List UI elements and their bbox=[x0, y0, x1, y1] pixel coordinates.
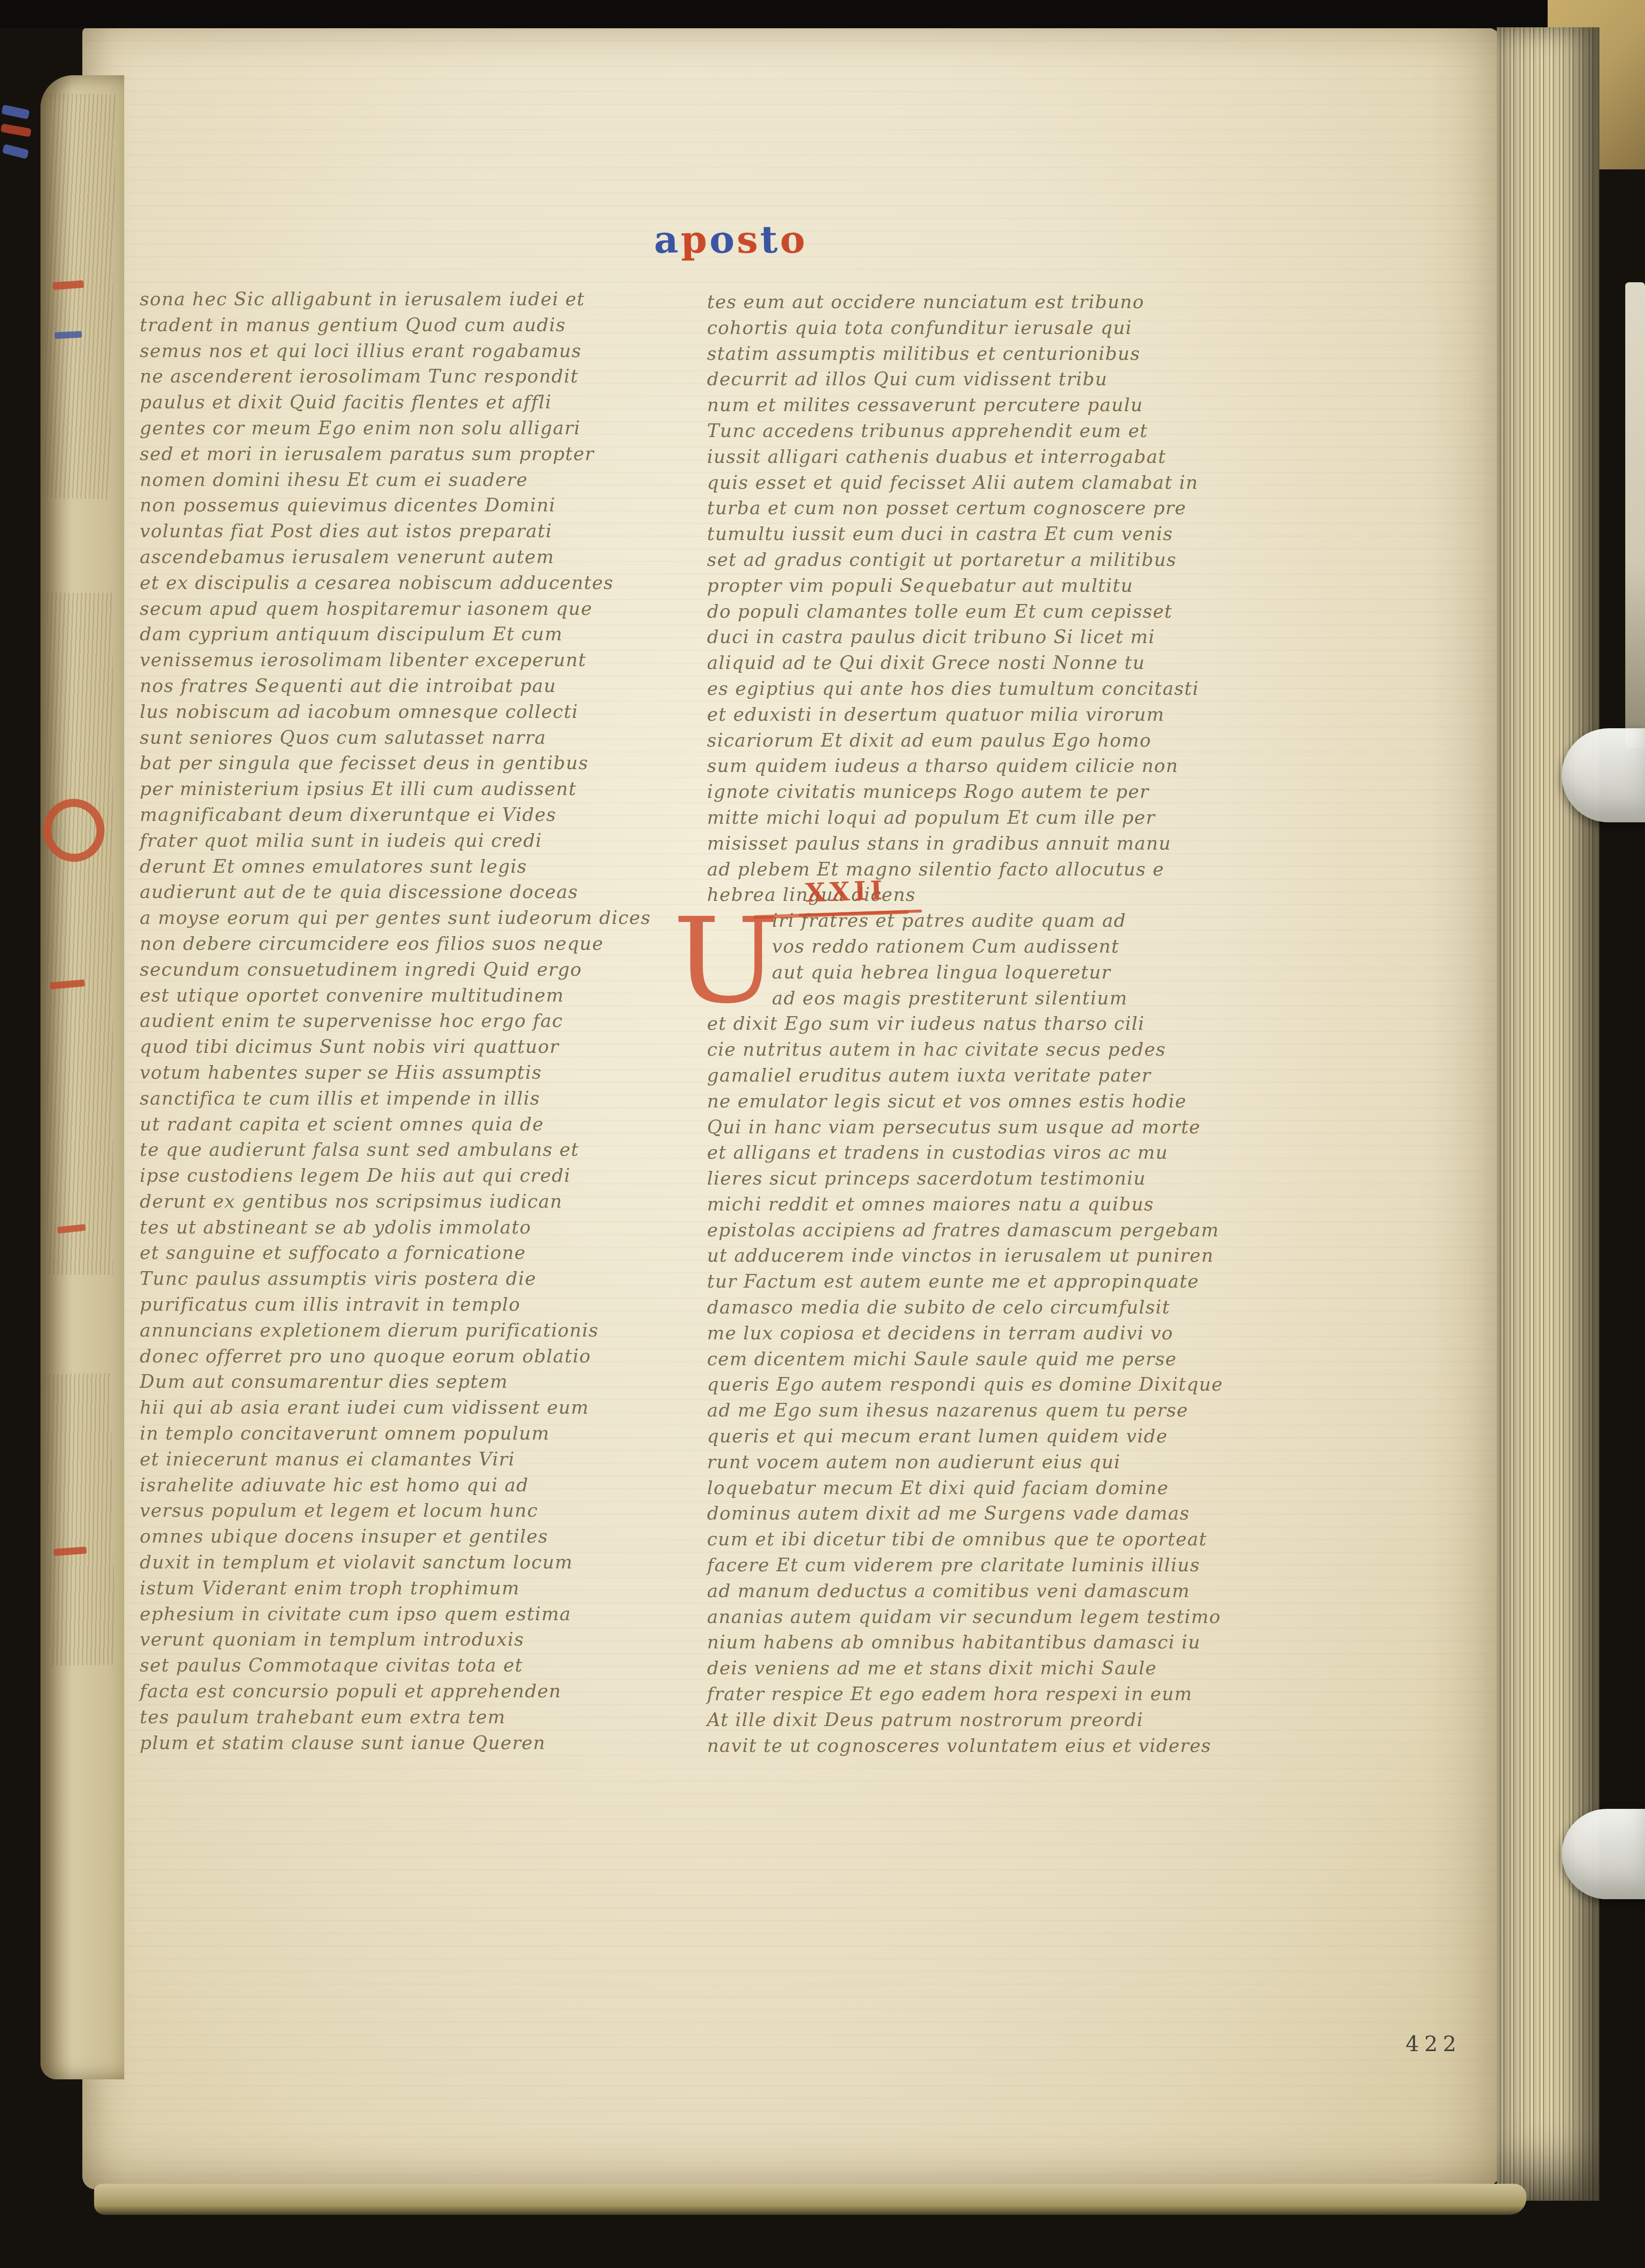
text-line: purificatus cum illis intravit in templo bbox=[140, 1292, 671, 1318]
text-line: Dum aut consumarentur dies septem bbox=[140, 1369, 671, 1395]
text-line: cohortis quia tota confunditur ierusale … bbox=[707, 316, 1241, 342]
text-line: te que audierunt falsa sunt sed ambulans… bbox=[140, 1138, 671, 1163]
text-line: ne ascenderent ierosolimam Tunc respondi… bbox=[140, 364, 671, 390]
text-line: set ad gradus contigit ut portaretur a m… bbox=[707, 548, 1241, 573]
text-line: aut quia hebrea lingua loqueretur bbox=[772, 960, 1241, 986]
text-line: venissemus ierosolimam libenter exceperu… bbox=[140, 648, 671, 674]
text-line: quod tibi dicimus Sunt nobis viri quattu… bbox=[140, 1035, 671, 1060]
text-line: loquebatur mecum Et dixi quid faciam dom… bbox=[707, 1476, 1241, 1502]
text-line: ut adducerem inde vinctos in ierusalem u… bbox=[707, 1243, 1241, 1269]
text-column-left: sona hec Sic alligabunt in ierusalem iud… bbox=[140, 287, 671, 1756]
text-line: sicariorum Et dixit ad eum paulus Ego ho… bbox=[707, 728, 1241, 754]
text-line: et dixit Ego sum vir iudeus natus tharso… bbox=[707, 1011, 1241, 1037]
text-line: hii qui ab asia erant iudei cum vidissen… bbox=[140, 1395, 671, 1421]
running-title-letter: p bbox=[680, 217, 710, 262]
text-line: bat per singula que fecisset deus in gen… bbox=[140, 751, 671, 777]
text-line: versus populum et legem et locum hunc bbox=[140, 1498, 671, 1524]
running-title-letter: t bbox=[760, 217, 780, 262]
text-line: es egiptius qui ante hos dies tumultum c… bbox=[707, 676, 1241, 702]
text-line: semus nos et qui loci illius erant rogab… bbox=[140, 339, 671, 365]
text-line: ut radant capita et scient omnes quia de bbox=[140, 1112, 671, 1138]
running-title-letter: o bbox=[779, 217, 808, 262]
edge-script-marks bbox=[45, 1373, 116, 1666]
text-line: plum et statim clause sunt ianue Queren bbox=[140, 1731, 671, 1757]
corner-pen-mark bbox=[0, 124, 32, 137]
text-line: navit te ut cognosceres voluntatem eius … bbox=[707, 1734, 1241, 1759]
text-line: non possemus quievimus dicentes Domini bbox=[140, 493, 671, 519]
text-line: voluntas fiat Post dies aut istos prepar… bbox=[140, 519, 671, 545]
text-line: facere Et cum viderem pre claritate lumi… bbox=[707, 1553, 1241, 1579]
text-line: sona hec Sic alligabunt in ierusalem iud… bbox=[140, 287, 671, 313]
text-line: et sanguine et suffocato a fornicatione bbox=[140, 1241, 671, 1266]
text-line: derunt Et omnes emulatores sunt legis bbox=[140, 854, 671, 880]
page-bottom-edge bbox=[94, 2184, 1526, 2215]
text-line: tradent in manus gentium Quod cum audis bbox=[140, 313, 671, 339]
text-line: per ministerium ipsius Et illi cum audis… bbox=[140, 777, 671, 803]
text-line: lus nobiscum ad iacobum omnesque collect… bbox=[140, 700, 671, 725]
text-line: verunt quoniam in templum introduxis bbox=[140, 1627, 671, 1653]
running-title-letter: s bbox=[736, 217, 761, 262]
chapter-initial: U bbox=[673, 902, 779, 1020]
text-line: israhelite adiuvate hic est homo qui ad bbox=[140, 1473, 671, 1499]
text-line: est utique oportet convenire multitudine… bbox=[140, 983, 671, 1009]
text-line: Tunc accedens tribunus apprehendit eum e… bbox=[707, 419, 1241, 445]
text-line: statim assumptis militibus et centurioni… bbox=[707, 342, 1241, 367]
text-line: sunt seniores Quos cum salutasset narra bbox=[140, 725, 671, 751]
text-line: annuncians expletionem dierum purificati… bbox=[140, 1318, 671, 1344]
text-line: et eduxisti in desertum quatuor milia vi… bbox=[707, 702, 1241, 728]
text-line: damasco media die subito de celo circumf… bbox=[707, 1295, 1241, 1321]
text-line: magnificabant deum dixeruntque ei Vides bbox=[140, 803, 671, 828]
text-line: a moyse eorum qui per gentes sunt iudeor… bbox=[140, 906, 671, 931]
text-line: facta est concursio populi et apprehende… bbox=[140, 1679, 671, 1705]
text-line: Tunc paulus assumptis viris postera die bbox=[140, 1266, 671, 1292]
text-line: derunt ex gentibus nos scripsimus iudica… bbox=[140, 1189, 671, 1215]
text-line: cem dicentem michi Saule saule quid me p… bbox=[707, 1347, 1241, 1373]
text-line: ad plebem Et magno silentio facto allocu… bbox=[707, 857, 1241, 883]
running-title: aposto bbox=[654, 217, 808, 262]
text-line: lieres sicut princeps sacerdotum testimo… bbox=[707, 1166, 1241, 1192]
text-line: turba et cum non posset certum cognoscer… bbox=[707, 496, 1241, 522]
text-line: hebrea lingua dicens bbox=[707, 883, 1241, 908]
text-line: sum quidem iudeus a tharso quidem cilici… bbox=[707, 754, 1241, 780]
text-line: At ille dixit Deus patrum nostrorum preo… bbox=[707, 1708, 1241, 1734]
text-line: ad me Ego sum ihesus nazarenus quem tu p… bbox=[707, 1398, 1241, 1424]
text-line: duci in castra paulus dicit tribuno Si l… bbox=[707, 625, 1241, 651]
text-column-right: tes eum aut occidere nunciatum est tribu… bbox=[707, 290, 1241, 1759]
text-line: secundum consuetudinem ingredi Quid ergo bbox=[140, 957, 671, 983]
text-line: et iniecerunt manus ei clamantes Viri bbox=[140, 1447, 671, 1473]
text-line: gamaliel eruditus autem iuxta veritate p… bbox=[707, 1063, 1241, 1089]
text-line: ascendebamus ierusalem venerunt autem bbox=[140, 545, 671, 571]
text-line: ad manum deductus a comitibus veni damas… bbox=[707, 1579, 1241, 1605]
text-line: aliquid ad te Qui dixit Grece nosti Nonn… bbox=[707, 651, 1241, 676]
text-line: frater respice Et ego eadem hora respexi… bbox=[707, 1682, 1241, 1708]
text-line: propter vim populi Sequebatur aut multit… bbox=[707, 573, 1241, 599]
text-line: et alligans et tradens in custodias viro… bbox=[707, 1140, 1241, 1166]
text-line: ipse custodiens legem De hiis aut qui cr… bbox=[140, 1163, 671, 1189]
text-line: dominus autem dixit ad me Surgens vade d… bbox=[707, 1501, 1241, 1527]
text-line: cum et ibi dicetur tibi de omnibus que t… bbox=[707, 1527, 1241, 1553]
text-line: audient enim te supervenisse hoc ergo fa… bbox=[140, 1009, 671, 1035]
text-line: queris et qui mecum erant lumen quidem v… bbox=[707, 1424, 1241, 1450]
text-line: quis esset et quid fecisset Alii autem c… bbox=[707, 470, 1241, 496]
text-line: me lux copiosa et decidens in terram aud… bbox=[707, 1321, 1241, 1347]
text-line: ephesium in civitate cum ipso quem estim… bbox=[140, 1602, 671, 1628]
text-line: do populi clamantes tolle eum Et cum cep… bbox=[707, 599, 1241, 625]
text-line: dam cyprium antiquum discipulum Et cum bbox=[140, 622, 671, 648]
text-line: non debere circumcidere eos filios suos … bbox=[140, 931, 671, 957]
text-line: mitte michi loqui ad populum Et cum ille… bbox=[707, 805, 1241, 831]
manuscript-photo: aposto sona hec Sic alligabunt in ierusa… bbox=[0, 0, 1645, 2268]
folio-number: 422 bbox=[1406, 2031, 1462, 2056]
text-line: nium habens ab omnibus habitantibus dama… bbox=[707, 1630, 1241, 1656]
binding-board-top bbox=[0, 0, 1557, 28]
text-line: cie nutritus autem in hac civitate secus… bbox=[707, 1037, 1241, 1063]
previous-folio-edge bbox=[40, 75, 124, 2079]
text-line: audierunt aut de te quia discessione doc… bbox=[140, 880, 671, 906]
text-line: et ex discipulis a cesarea nobiscum addu… bbox=[140, 571, 671, 597]
running-title-letter: a bbox=[653, 217, 681, 262]
text-line: decurrit ad illos Qui cum vidissent trib… bbox=[707, 367, 1241, 393]
page-clip-bottom bbox=[1562, 1809, 1645, 1899]
text-line: sed et mori in ierusalem paratus sum pro… bbox=[140, 442, 671, 468]
text-line: tumultu iussit eum duci in castra Et cum… bbox=[707, 522, 1241, 548]
text-line: Qui in hanc viam persecutus sum usque ad… bbox=[707, 1115, 1241, 1141]
text-line: gentes cor meum Ego enim non solu alliga… bbox=[140, 416, 671, 442]
text-line: epistolas accipiens ad fratres damascum … bbox=[707, 1218, 1241, 1244]
text-line: tur Factum est autem eunte me et appropi… bbox=[707, 1269, 1241, 1295]
text-line: tes eum aut occidere nunciatum est tribu… bbox=[707, 290, 1241, 316]
running-title-letter: o bbox=[709, 217, 737, 262]
text-line: nos fratres Sequenti aut die introibat p… bbox=[140, 674, 671, 700]
text-line: nomen domini ihesu Et cum ei suadere bbox=[140, 468, 671, 493]
text-line: duxit in templum et violavit sanctum loc… bbox=[140, 1550, 671, 1576]
text-line: ignote civitatis municeps Rogo autem te … bbox=[707, 780, 1241, 805]
text-line: tes ut abstineant se ab ydolis immolato bbox=[140, 1215, 671, 1241]
edge-script-marks bbox=[44, 94, 117, 499]
text-line: iussit alligari cathenis duabus et inter… bbox=[707, 445, 1241, 470]
text-line: tes paulum trahebant eum extra tem bbox=[140, 1705, 671, 1731]
text-line: vos reddo rationem Cum audissent bbox=[772, 934, 1241, 960]
text-line: runt vocem autem non audierunt eius qui bbox=[707, 1450, 1241, 1476]
text-line: set paulus Commotaque civitas tota et bbox=[140, 1653, 671, 1679]
corner-pen-mark bbox=[1, 104, 30, 119]
text-line: misisset paulus stans in gradibus annuit… bbox=[707, 831, 1241, 857]
text-line: frater quot milia sunt in iudeis qui cre… bbox=[140, 828, 671, 854]
text-line: ananias autem quidam vir secundum legem … bbox=[707, 1605, 1241, 1631]
edge-script-marks bbox=[47, 593, 113, 1275]
chapter-number: XXII bbox=[805, 875, 887, 908]
text-line: votum habentes super se Hiis assumptis bbox=[140, 1060, 671, 1086]
text-line: omnes ubique docens insuper et gentiles bbox=[140, 1524, 671, 1550]
text-line: donec offerret pro uno quoque eorum obla… bbox=[140, 1344, 671, 1370]
text-line: istum Viderant enim troph trophimum bbox=[140, 1576, 671, 1602]
text-line: in templo concitaverunt omnem populum bbox=[140, 1421, 671, 1447]
text-line: paulus et dixit Quid facitis flentes et … bbox=[140, 390, 671, 416]
book-cover-edge-highlight bbox=[1625, 282, 1645, 748]
text-line: deis veniens ad me et stans dixit michi … bbox=[707, 1656, 1241, 1682]
text-line: ne emulator legis sicut et vos omnes est… bbox=[707, 1089, 1241, 1115]
text-line: michi reddit et omnes maiores natu a qui… bbox=[707, 1192, 1241, 1218]
corner-pen-mark bbox=[2, 144, 29, 159]
text-line: num et milites cessaverunt percutere pau… bbox=[707, 393, 1241, 419]
text-line: sanctifica te cum illis et impende in il… bbox=[140, 1086, 671, 1112]
text-line: secum apud quem hospitaremur iasonem que bbox=[140, 597, 671, 622]
text-line: queris Ego autem respondi quis es domine… bbox=[707, 1372, 1241, 1398]
text-line: ad eos magis prestiterunt silentium bbox=[772, 986, 1241, 1012]
